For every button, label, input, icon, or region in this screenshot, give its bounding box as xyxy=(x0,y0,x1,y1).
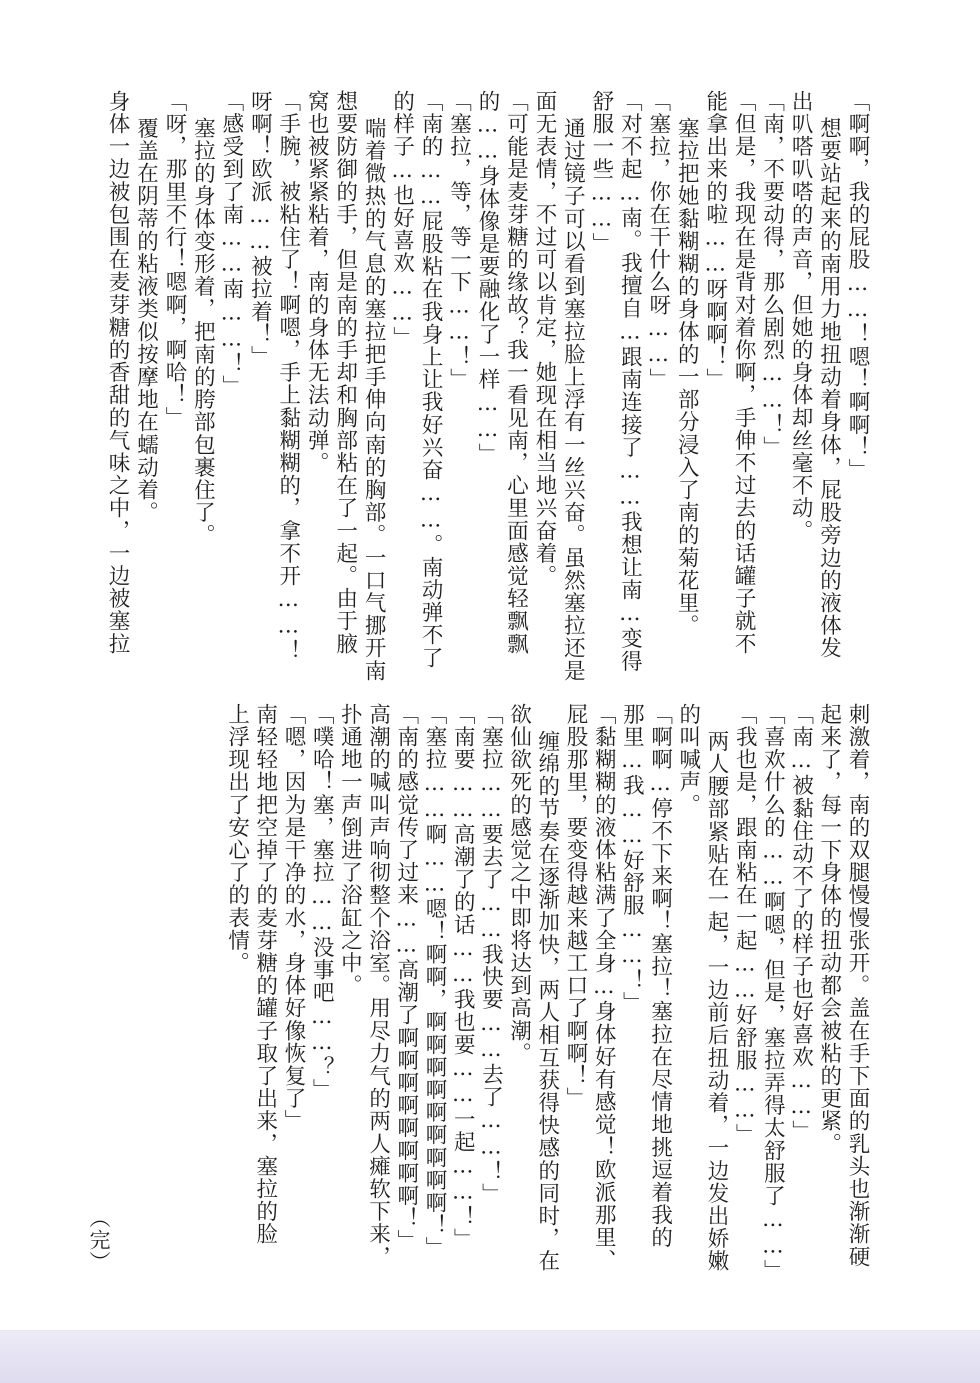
text-column: 想要防御的手，但是南的手却和胸部粘在了一起。由于腋 xyxy=(332,90,359,655)
text-column: 的……身体像是要融化了一样……」 xyxy=(474,90,501,466)
text-column: 面无表情，不过可以肯定，她现在相当地兴奋着。 xyxy=(531,90,558,587)
text-column: 两人腰部紧贴在一起，一边前后扭动着，一边发出娇嫩 xyxy=(703,703,730,1272)
text-column: 「塞拉，你在干什么呀……」 xyxy=(645,90,672,391)
text-column: 缠绵的节奏在逐渐加快，两人相互获得快感的同时，在 xyxy=(534,703,561,1272)
text-column: 出叭嗒叭嗒的声音，但她的身体却丝毫不动。 xyxy=(787,90,814,542)
text-column: 「南要……高潮了的话……我也要……一起……！」 xyxy=(449,703,476,1251)
text-column: 「塞拉，等，等一下……！」 xyxy=(446,90,473,391)
text-column: 「我也是，跟南粘在一起……好舒服……」 xyxy=(731,703,758,1146)
text-column: 「黏糊糊的液体粘满了全身…身体好有感觉！欧派那里、 xyxy=(590,703,617,1272)
text-column: 「呀，那里不行！嗯啊，啊哈！」 xyxy=(161,90,188,429)
viewer-bottom-band xyxy=(0,1330,980,1383)
text-column: 「塞拉……啊……嗯！啊啊，啊啊啊啊啊啊啊啊啊！」 xyxy=(421,703,448,1259)
text-column: 「啊啊…停不下来啊！塞拉！塞拉在尽情地挑逗着我的 xyxy=(647,703,674,1249)
text-column: 「南的感觉传了过来……高潮了啊啊啊啊啊啊啊啊！」 xyxy=(393,703,420,1252)
text-column: 「南…被黏住动不了的样子也好喜欢……」 xyxy=(788,703,815,1143)
text-column: 塞拉的身体变形着，把南的胯部包裹住了。 xyxy=(189,90,216,546)
text-column: 喘着微热的气息的塞拉把手伸向南的胸部。一口气挪开南 xyxy=(360,90,387,682)
text-column: 「但是，我现在是背对着你啊，手伸不过去的话罐子就不 xyxy=(730,90,757,655)
text-column: 上浮现出了安心了的表情。 xyxy=(224,703,251,974)
text-column: 「可能是麦芽糖的缘故？我一看见南，心里面感觉轻飘飘 xyxy=(502,90,529,655)
text-column: 「嗯，因为是干净的水，身体好像恢复了」 xyxy=(280,703,307,1132)
text-column: 「喜欢什么的……啊嗯，但是，塞拉弄得太舒服了……」 xyxy=(759,703,786,1282)
end-mark: （完） xyxy=(84,1207,114,1273)
text-column: 屁股那里，要变得越来越工口了啊啊！」 xyxy=(562,703,589,1110)
text-column: 身体一边被包围在麦芽糖的香甜的气味之中，一边被塞拉 xyxy=(104,90,131,655)
text-column: 塞拉把她黏糊糊的身体的一部分浸入了南的菊花里。 xyxy=(673,90,700,637)
text-column: 「对不起…南。我擅自…跟南连接了……我想让南…变得 xyxy=(616,90,643,673)
text-column: 起来了，每一下身体的扭动都会被粘的更紧。 xyxy=(816,703,843,1155)
text-column: 「南的……屁股粘在我身上让我好兴奋……。南动弹不了 xyxy=(417,90,444,669)
text-column: 呀啊！欧派……被拉着！」 xyxy=(246,90,273,368)
text-column: 能拿出来的啦……呀啊啊！」 xyxy=(702,90,729,391)
text-column: 南轻轻地把空掉了的麦芽糖的罐子取了出来，塞拉的脸 xyxy=(252,703,279,1245)
text-column: 「啊啊，我的屁股……！嗯！啊啊！」 xyxy=(844,90,871,481)
text-column: 通过镜子可以看到塞拉脸上浮有一丝兴奋。虽然塞拉还是 xyxy=(559,90,586,682)
text-column: 「手腕，被粘住了！啊嗯，手上黏糊糊的，拿不开……！ xyxy=(275,90,302,662)
text-column: 窝也被紧紧粘着，南的身体无法动弹。 xyxy=(303,90,330,474)
text-column: 的叫喊声。 xyxy=(675,703,702,816)
text-column: 「感受到了南……南……！」 xyxy=(218,90,245,398)
text-column: 高潮的喊叫声响彻整个浴室。用尽力气的两人瘫软下来， xyxy=(365,703,392,1268)
text-column: 想要站起来的南用力地扭动着身体，屁股旁边的液体发 xyxy=(816,90,843,659)
text-column: 「南，不要动得，那么剧烈……！」 xyxy=(759,90,786,459)
text-column: 「噗哈！塞，塞拉……没事吧……？」 xyxy=(308,703,335,1101)
text-column: 扑通地一声倒进了浴缸之中。 xyxy=(336,703,363,997)
document-page: 「啊啊，我的屁股……！嗯！啊啊！」想要站起来的南用力地扭动着身体，屁股旁边的液体… xyxy=(0,0,980,1330)
text-column: 的样子…也好喜欢……」 xyxy=(389,90,416,349)
text-column: 「塞拉……要去了……我快要……去了……！」 xyxy=(477,703,504,1206)
text-column: 舒服一些……」 xyxy=(588,90,615,255)
text-column: 那里…我……好舒服……！」 xyxy=(618,703,645,1014)
text-column: 覆盖在阴蒂的粘液类似按摩地在蠕动着。 xyxy=(133,90,160,524)
text-column: 欲仙欲死的感觉之中即将达到高潮。 xyxy=(506,703,533,1065)
text-column: 刺激着，南的双腿慢慢张开。盖在手下面的乳头也渐渐硬 xyxy=(844,703,871,1268)
